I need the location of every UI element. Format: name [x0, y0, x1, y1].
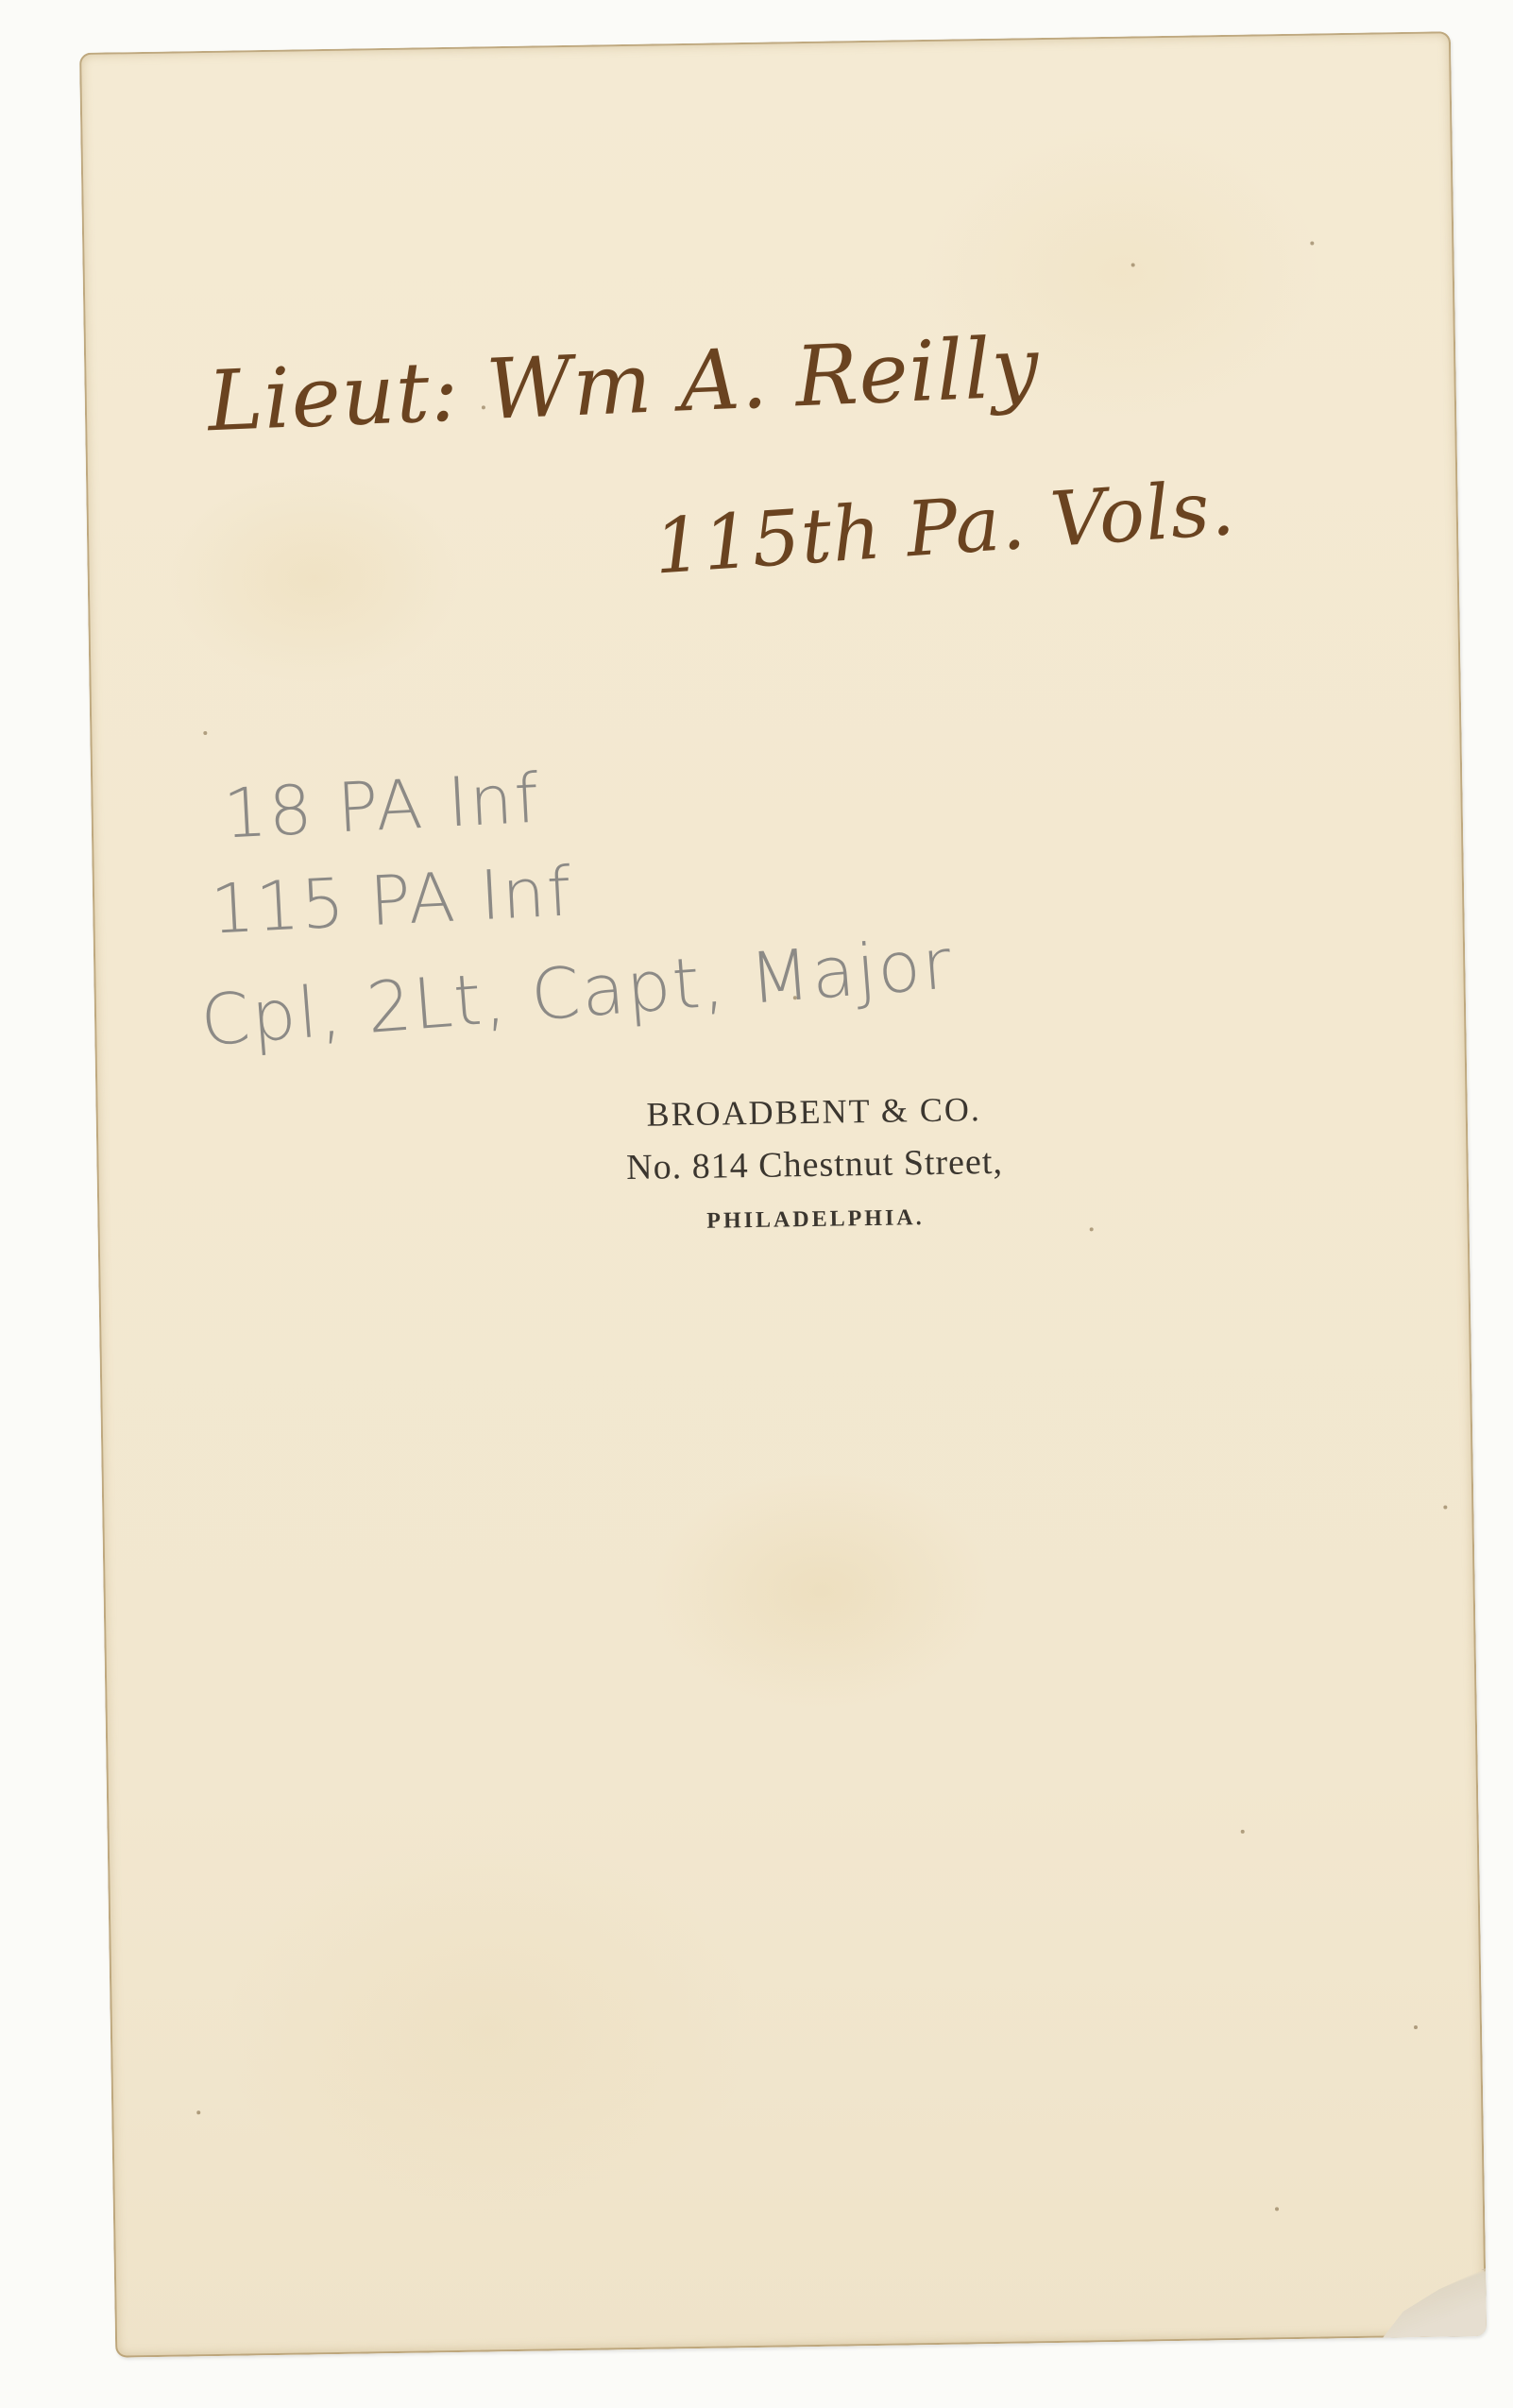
studio-city: PHILADELPHIA.: [456, 1187, 1175, 1253]
pencil-note-first-unit: 18 PA Inf: [222, 759, 542, 854]
foxing-speck: [1241, 1830, 1245, 1834]
foxing-speck: [1131, 263, 1135, 266]
foxing-speck: [1414, 2025, 1418, 2029]
ink-inscription-name: Lieut: Wm A. Reilly: [206, 318, 1042, 451]
pencil-note-second-unit: 115 PA Inf: [209, 851, 574, 948]
worn-corner: [1382, 2268, 1487, 2338]
photographer-imprint: BROADBENT & CO. No. 814 Chestnut Street,…: [454, 1081, 1175, 1253]
foxing-speck: [1275, 2207, 1279, 2211]
ink-inscription-regiment: 115th Pa. Vols.: [652, 464, 1238, 591]
foxing-speck: [203, 731, 207, 735]
foxing-speck: [1090, 1227, 1094, 1231]
foxing-speck: [793, 996, 797, 999]
foxing-speck: [1310, 241, 1314, 245]
foxing-speck: [196, 2110, 200, 2114]
foxing-speck: [482, 405, 485, 409]
foxing-speck: [1443, 1505, 1447, 1509]
photo-card-back: Lieut: Wm A. Reilly 115th Pa. Vols. 18 P…: [79, 31, 1487, 2358]
pencil-note-ranks: Cpl, 2Lt, Capt, Major: [198, 923, 956, 1062]
